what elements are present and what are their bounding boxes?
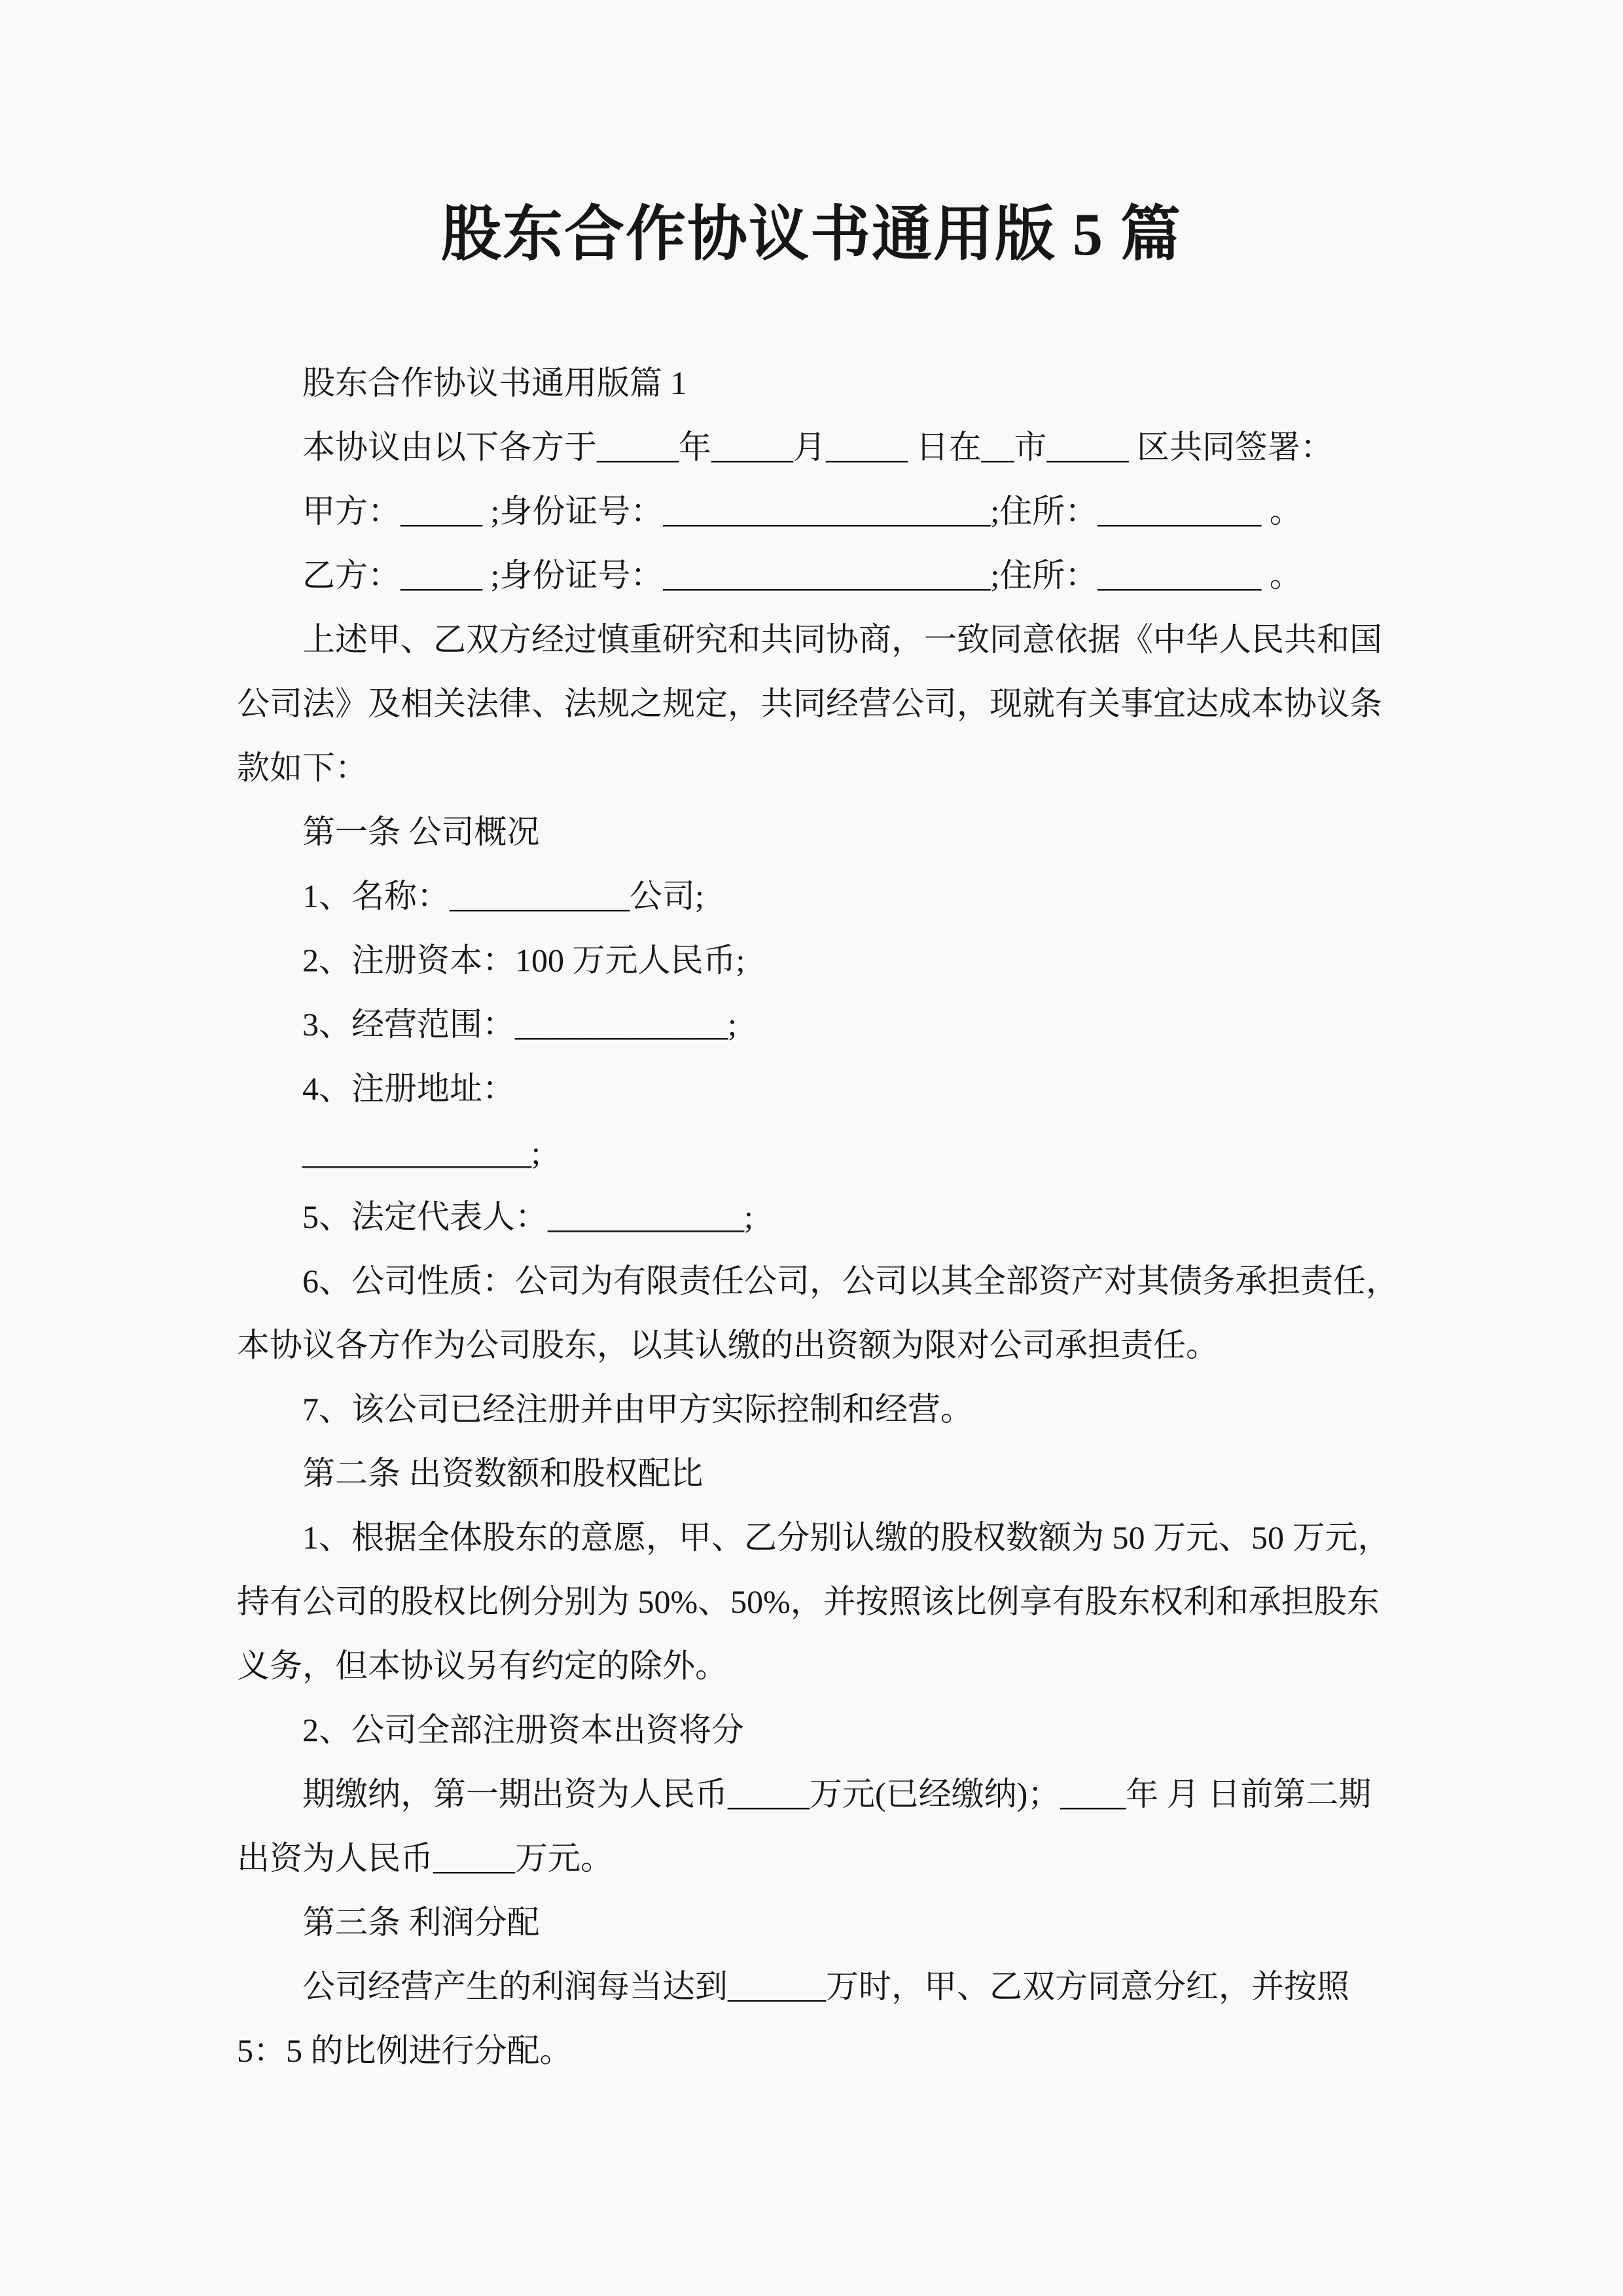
document-page: 股东合作协议书通用版 5 篇 股东合作协议书通用版篇 1 本协议由以下各方于__… [0, 0, 1623, 2296]
paragraph-line: 义务，但本协议另有约定的除外。 [237, 1634, 1392, 1698]
paragraph-line-registration-status: 7、该公司已经注册并由甲方实际控制和经营。 [237, 1377, 1392, 1441]
paragraph-line-registered-address: 4、注册地址： [237, 1056, 1392, 1121]
paragraph-line-company-name: 1、名称：___________公司; [237, 864, 1392, 928]
paragraph-line: 出资为人民币_____万元。 [237, 1826, 1392, 1890]
paragraph-line-company-nature: 6、公司性质：公司为有限责任公司，公司以其全部资产对其债务承担责任， [237, 1249, 1392, 1313]
paragraph-line-business-scope: 3、经营范围：_____________; [237, 992, 1392, 1056]
section-heading-part-1: 股东合作协议书通用版篇 1 [237, 351, 1392, 415]
article-1-heading: 第一条 公司概况 [237, 800, 1392, 864]
paragraph-line-installment: 2、公司全部注册资本出资将分 [237, 1698, 1392, 1762]
article-3-heading: 第三条 利润分配 [237, 1890, 1392, 1954]
paragraph-line-party-b: 乙方：_____ ;身份证号：____________________;住所：_… [237, 543, 1392, 607]
paragraph-line: 公司法》及相关法律、法规之规定，共同经营公司，现就有关事宜达成本协议条 [237, 672, 1392, 736]
paragraph-line: 本协议各方作为公司股东，以其认缴的出资额为限对公司承担责任。 [237, 1313, 1392, 1377]
article-2-heading: 第二条 出资数额和股权配比 [237, 1441, 1392, 1505]
paragraph-line-installment-detail: 期缴纳，第一期出资为人民币_____万元(已经缴纳)；____年 月 日前第二期 [237, 1762, 1392, 1826]
paragraph-line-legal-representative: 5、法定代表人：____________; [237, 1185, 1392, 1249]
paragraph-line: 上述甲、乙双方经过慎重研究和共同协商，一致同意依据《中华人民共和国 [237, 607, 1392, 672]
paragraph-line-party-a: 甲方：_____ ;身份证号：____________________;住所：_… [237, 479, 1392, 543]
paragraph-line-blank-fill: ______________; [237, 1121, 1392, 1185]
paragraph-line-profit-distribution: 公司经营产生的利润每当达到______万时，甲、乙双方同意分红，并按照 [237, 1954, 1392, 2018]
paragraph-line-registered-capital: 2、注册资本：100 万元人民币; [237, 928, 1392, 992]
paragraph-line-signing-parties: 本协议由以下各方于_____年_____月_____ 日在__市_____ 区共… [237, 415, 1392, 479]
document-body: 股东合作协议书通用版篇 1 本协议由以下各方于_____年_____月_____… [237, 351, 1392, 2083]
paragraph-line: 5：5 的比例进行分配。 [237, 2018, 1392, 2083]
document-title: 股东合作协议书通用版 5 篇 [0, 198, 1623, 271]
paragraph-line: 款如下： [237, 736, 1392, 800]
paragraph-line-capital-contribution: 1、根据全体股东的意愿，甲、乙分别认缴的股权数额为 50 万元、50 万元， [237, 1505, 1392, 1570]
paragraph-line: 持有公司的股权比例分别为 50%、50%，并按照该比例享有股东权利和承担股东 [237, 1570, 1392, 1634]
